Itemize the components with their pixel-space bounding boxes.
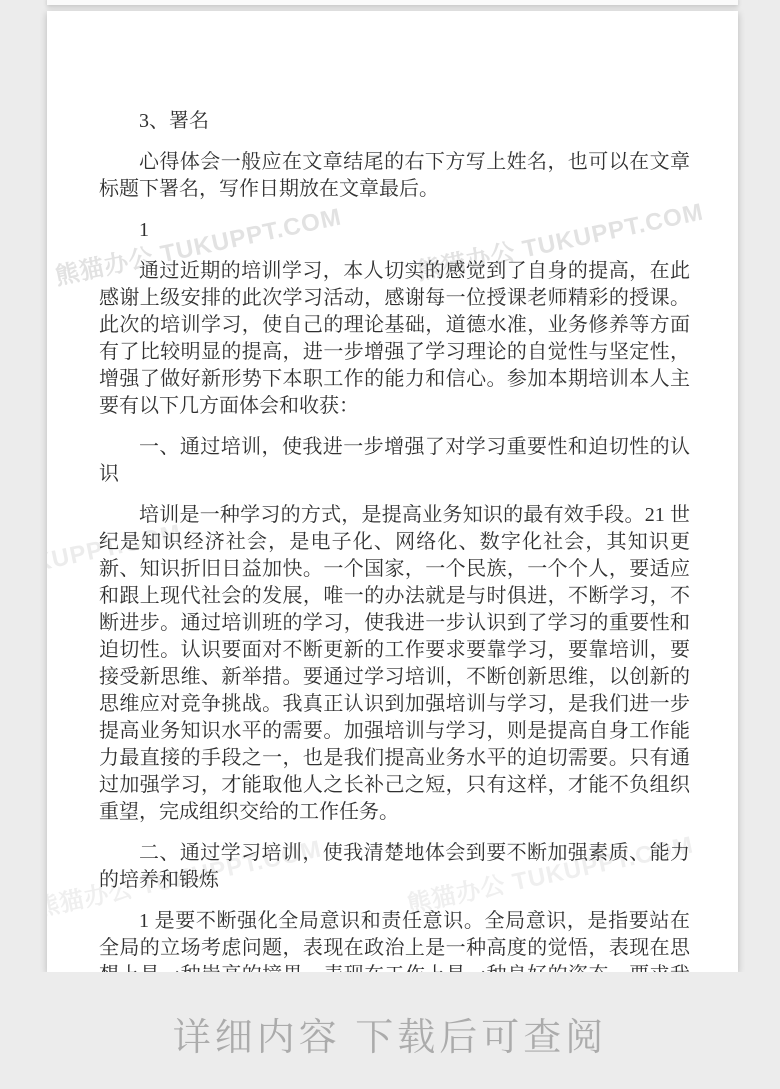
previous-page-edge bbox=[47, 0, 738, 5]
paragraph: 通过近期的培训学习，本人切实的感觉到了自身的提高，在此感谢上级安排的此次学习活动… bbox=[99, 258, 690, 420]
document-page: 熊猫办公 TUKUPPT.COM 熊猫办公 TUKUPPT.COM 熊猫办公 T… bbox=[47, 11, 738, 972]
paragraph: 培训是一种学习的方式，是提高业务知识的最有效手段。21 世纪是知识经济社会，是电… bbox=[99, 502, 690, 826]
paragraph: 1 是要不断强化全局意识和责任意识。全局意识，是指要站在全局的立场考虑问题，表现… bbox=[99, 908, 690, 972]
footer-caption: 详细内容 下载后可查阅 bbox=[173, 1000, 608, 1061]
document-body: 3、署名心得体会一般应在文章结尾的右下方写上姓名，也可以在文章标题下署名，写作日… bbox=[99, 108, 690, 972]
canvas: { "page": { "document": { "paragraphs": … bbox=[0, 0, 780, 1089]
paragraph: 3、署名 bbox=[99, 108, 690, 135]
paragraph: 一、通过培训，使我进一步增强了对学习重要性和迫切性的认识 bbox=[99, 434, 690, 488]
footer-bar: 详细内容 下载后可查阅 bbox=[0, 972, 780, 1089]
paragraph: 1 bbox=[99, 217, 690, 244]
paragraph: 二、通过学习培训，使我清楚地体会到要不断加强素质、能力的培养和锻炼 bbox=[99, 840, 690, 894]
paragraph: 心得体会一般应在文章结尾的右下方写上姓名，也可以在文章标题下署名，写作日期放在文… bbox=[99, 149, 690, 203]
